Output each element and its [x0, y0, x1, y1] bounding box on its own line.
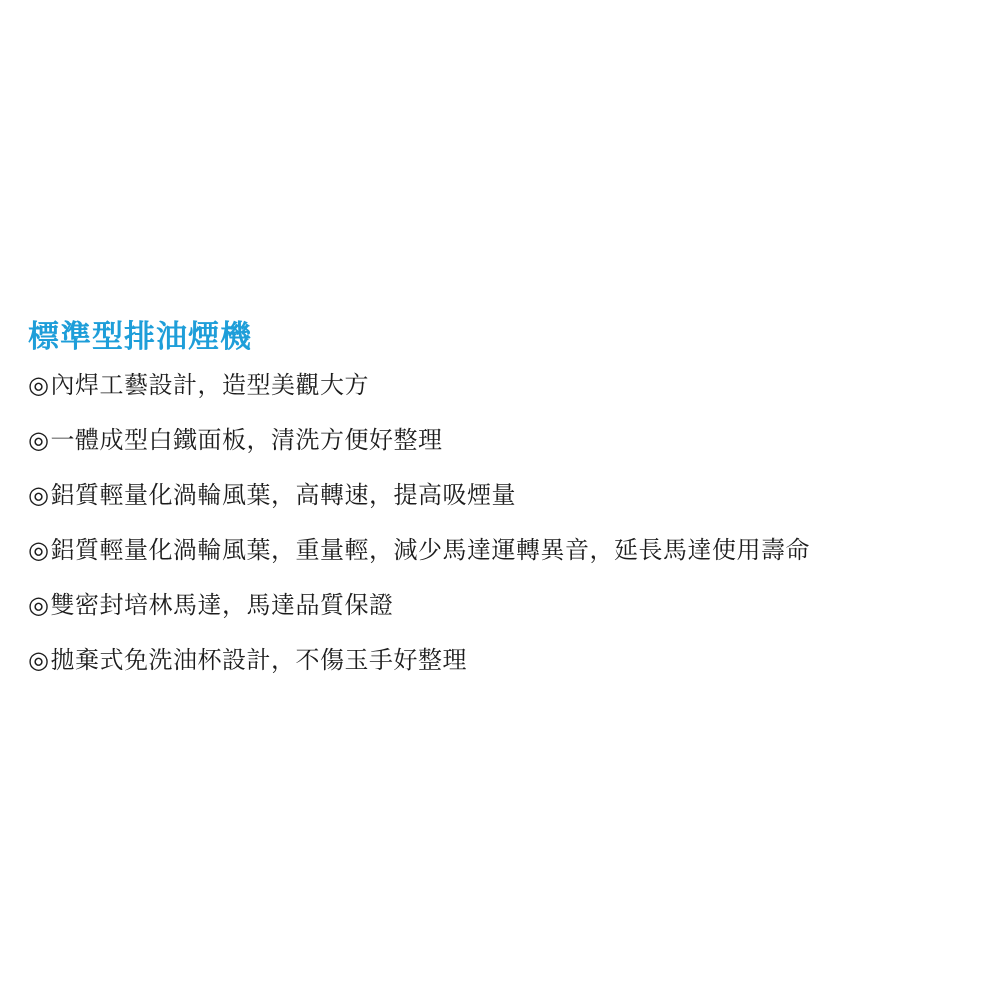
bullet-icon: ◎: [28, 537, 49, 564]
feature-list: ◎內焊工藝設計，造型美觀大方 ◎一體成型白鐵面板，清洗方便好整理 ◎鋁質輕量化渦…: [28, 371, 972, 676]
feature-text: 拋棄式免洗油杯設計，不傷玉手好整理: [50, 647, 467, 674]
feature-text: 雙密封培林馬達，馬達品質保證: [50, 592, 393, 619]
feature-text: 內焊工藝設計，造型美觀大方: [50, 372, 369, 399]
feature-item: ◎鋁質輕量化渦輪風葉，高轉速，提高吸煙量: [28, 481, 972, 511]
feature-text: 鋁質輕量化渦輪風葉，重量輕，減少馬達運轉異音，延長馬達使用壽命: [50, 537, 810, 564]
feature-item: ◎一體成型白鐵面板，清洗方便好整理: [28, 426, 972, 456]
feature-text: 鋁質輕量化渦輪風葉，高轉速，提高吸煙量: [50, 482, 516, 509]
feature-item: ◎拋棄式免洗油杯設計，不傷玉手好整理: [28, 646, 972, 676]
feature-item: ◎雙密封培林馬達，馬達品質保證: [28, 591, 972, 621]
product-description: 標準型排油煙機 ◎內焊工藝設計，造型美觀大方 ◎一體成型白鐵面板，清洗方便好整理…: [28, 318, 972, 701]
feature-item: ◎鋁質輕量化渦輪風葉，重量輕，減少馬達運轉異音，延長馬達使用壽命: [28, 536, 972, 566]
feature-text: 一體成型白鐵面板，清洗方便好整理: [50, 427, 442, 454]
bullet-icon: ◎: [28, 372, 49, 399]
bullet-icon: ◎: [28, 592, 49, 619]
bullet-icon: ◎: [28, 647, 49, 674]
bullet-icon: ◎: [28, 482, 49, 509]
page-title: 標準型排油煙機: [28, 318, 972, 356]
feature-item: ◎內焊工藝設計，造型美觀大方: [28, 371, 972, 401]
bullet-icon: ◎: [28, 427, 49, 454]
